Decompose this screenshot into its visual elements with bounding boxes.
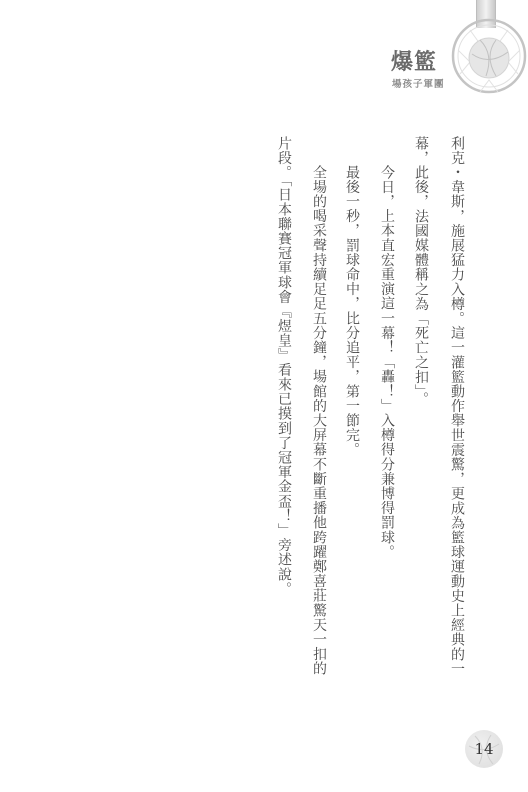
book-title: 爆籃 bbox=[391, 45, 437, 76]
page-number-badge: 14 bbox=[465, 730, 503, 768]
book-subtitle: 場孩子軍團 bbox=[392, 76, 445, 90]
text-column-1: 利克・韋斯，施展猛力入樽。這一灌籃動作舉世震驚，更成為籃球運動史上經典的一 bbox=[449, 136, 465, 676]
text-column-2: 幕，此後，法國媒體稱之為「死亡之扣」。 bbox=[413, 136, 429, 406]
basketball-hoop-icon bbox=[450, 10, 528, 100]
text-column-5: 全場的喝采聲持續足足五分鐘，場館的大屏幕不斷重播他跨躍鄭喜莊驚天一扣的 bbox=[311, 165, 327, 676]
text-column-4: 最後一秒，罰球命中，比分追平，第一節完。 bbox=[344, 165, 360, 457]
text-column-6: 片段。「日本聯賽冠軍球會『煜皇』看來已摸到了冠軍金盃！」旁述說。 bbox=[276, 136, 292, 596]
page-number: 14 bbox=[465, 730, 503, 768]
text-column-3: 今日，上本直宏重演這一幕！「轟！」入樽得分兼博得罰球。 bbox=[379, 165, 395, 559]
